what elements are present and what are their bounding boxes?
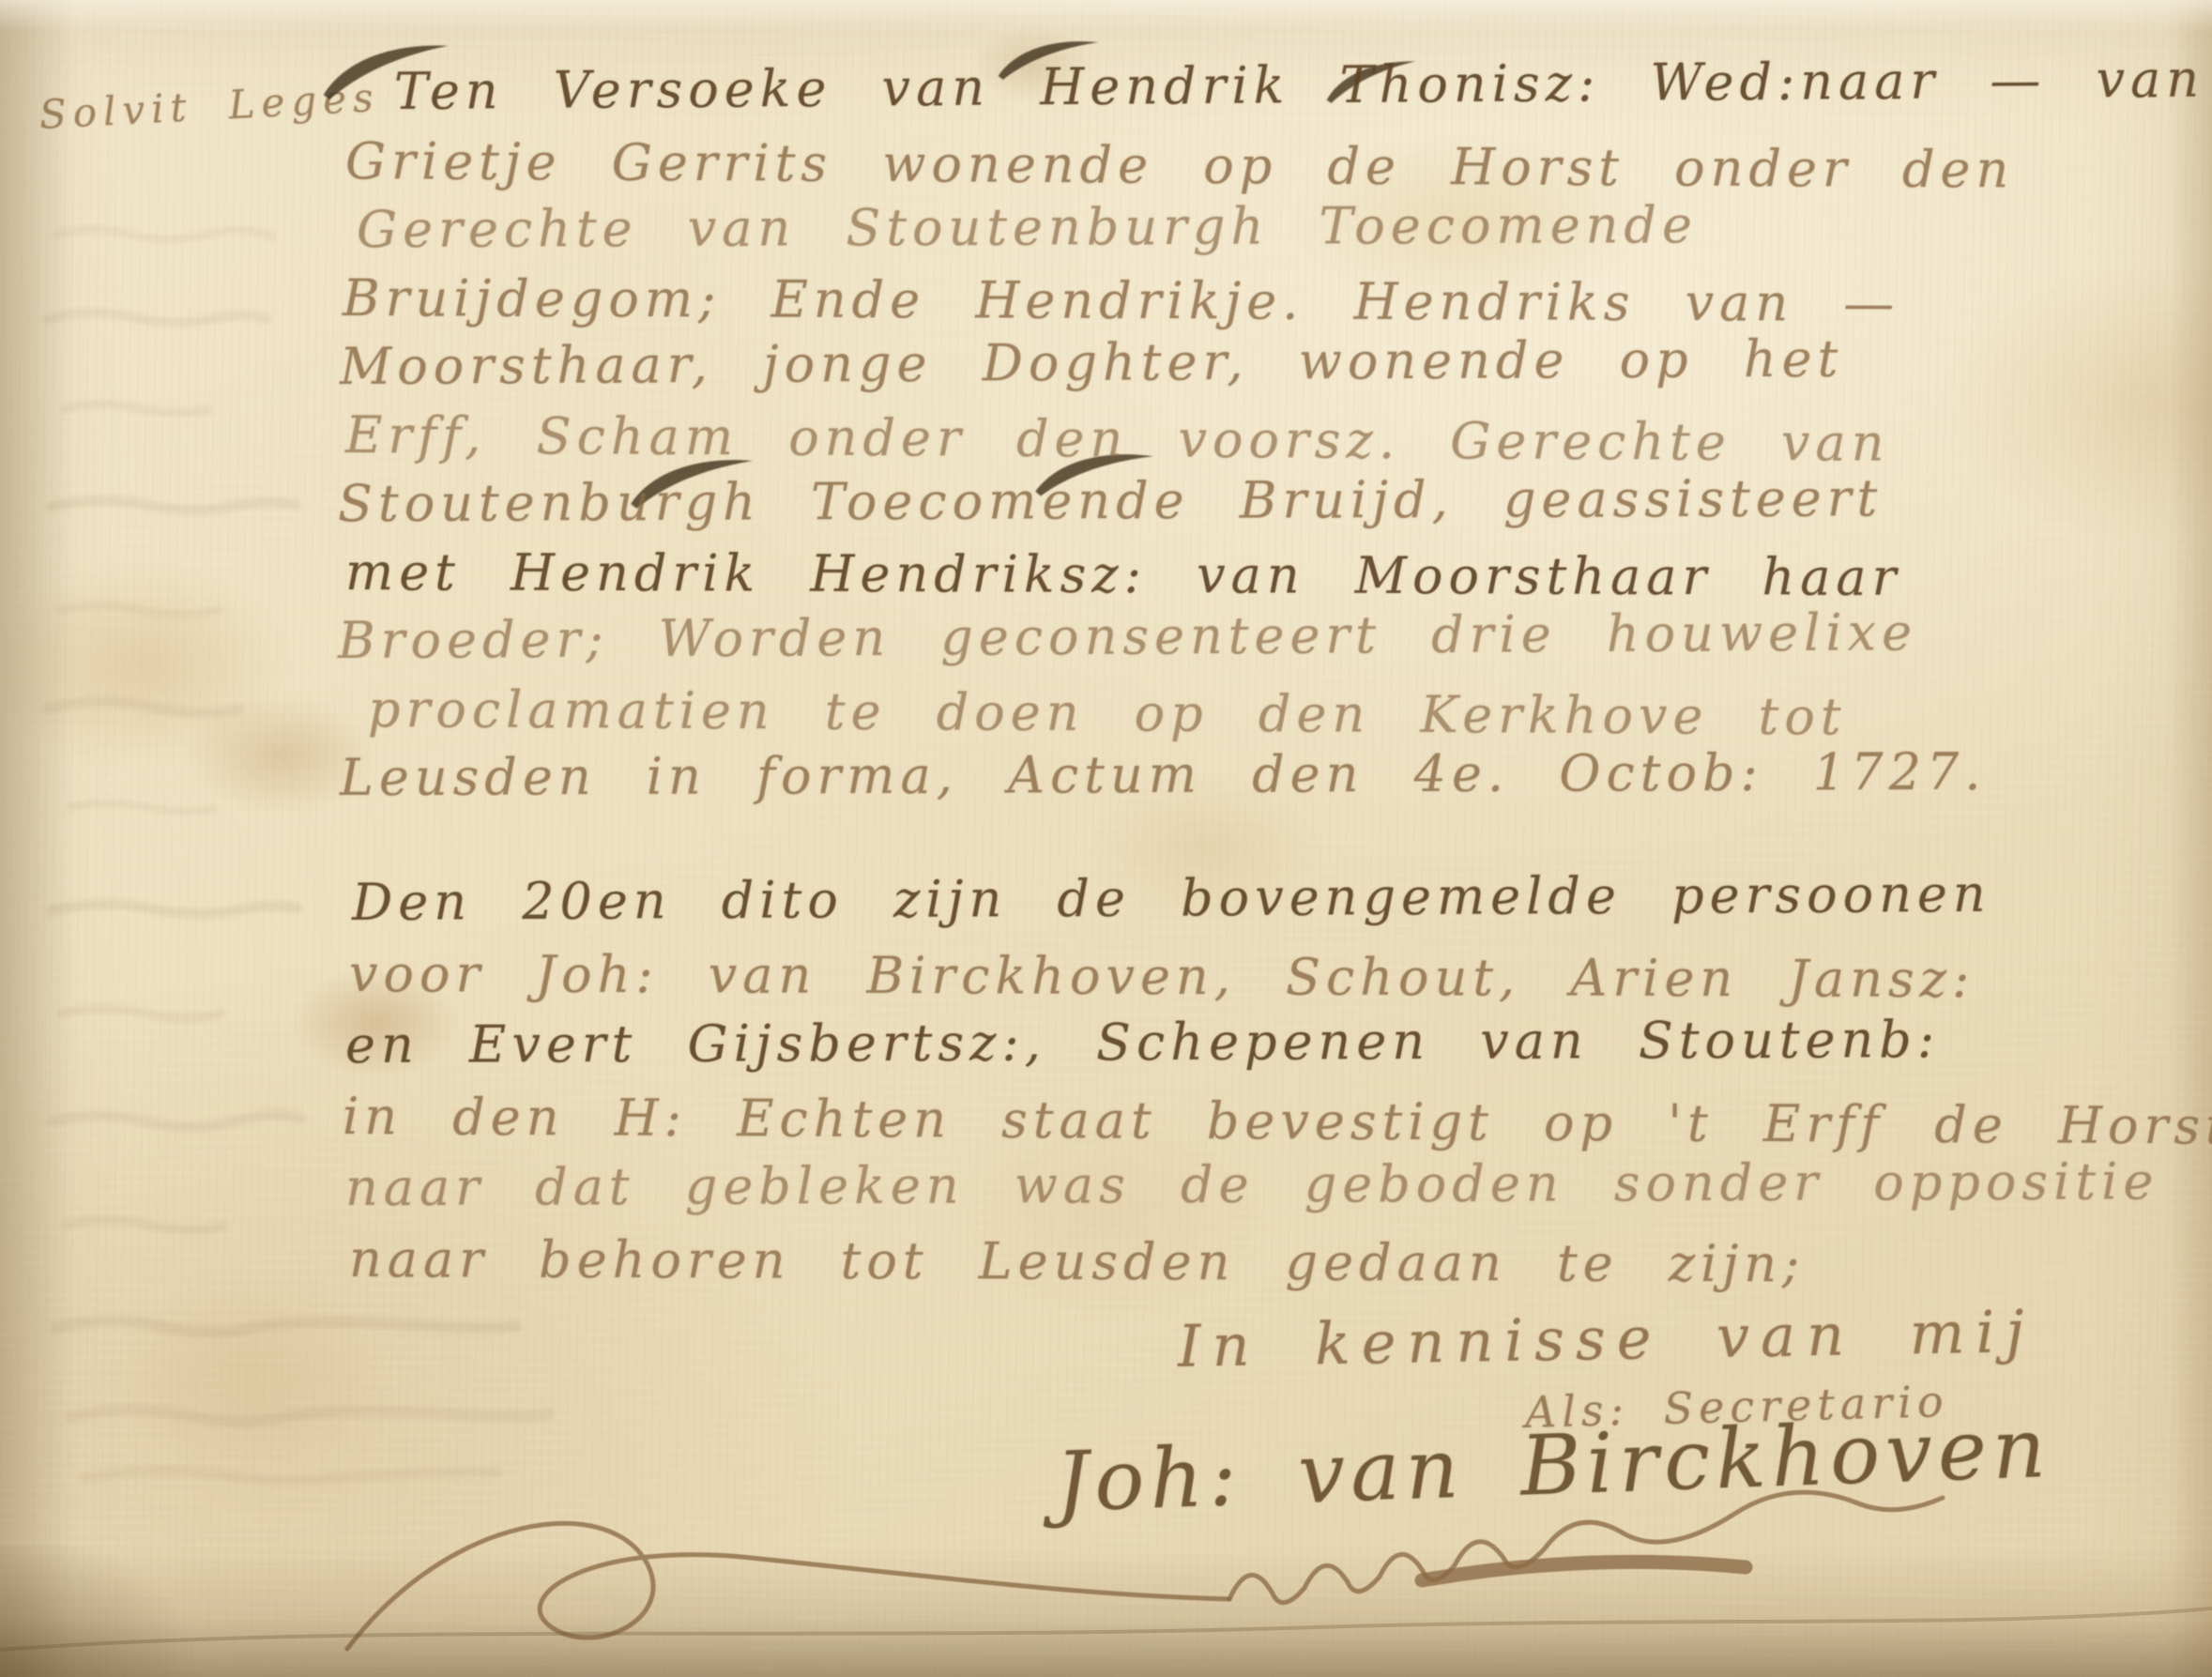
text-line: proclamatien te doen op den Kerkhove tot [368, 679, 1847, 746]
text-line: Moorsthaar, jonge Doghter, wonende op he… [340, 329, 1844, 396]
text-line: Ten Versoeke van Hendrik Thonisz: Wed:na… [394, 50, 2204, 121]
text-line: met Hendrik Hendriksz: van Moorsthaar ha… [345, 542, 1902, 607]
signature: Joh: van Birckhoven [1054, 1399, 2052, 1531]
text-line: Broeder; Worden geconsenteert drie houwe… [338, 602, 1917, 670]
text-line: Bruijdegom; Ende Hendrikje. Hendriks van… [343, 268, 1900, 333]
manuscript-page: Solvit Leges Ten Versoeke van Hendrik Th… [0, 0, 2212, 1677]
text-line: Grietje Gerrits wonende op de Horst onde… [345, 131, 2015, 199]
text-line: naar dat gebleken was de geboden sonder … [345, 1151, 2159, 1217]
page-edge-right [2169, 0, 2212, 1677]
page-edge-bottom [0, 1546, 2212, 1677]
page-edge-top [0, 0, 2212, 32]
binding-shadow-left [0, 0, 75, 1677]
text-line: in den H: Echten staat bevestigt op 't E… [343, 1087, 2212, 1156]
closing-attestation: In kennisse van mij [1177, 1297, 2036, 1380]
text-line: voor Joh: van Birckhoven, Schout, Arien … [349, 944, 1976, 1009]
text-line: Den 20en dito zijn de bovengemelde perso… [352, 864, 1991, 932]
text-line: Erff, Scham onder den voorsz. Gerechte v… [345, 405, 1890, 473]
text-line: Stoutenburgh Toecomende Bruijd, geassist… [338, 468, 1883, 533]
text-line: Gerechte van Stoutenburgh Toecomende [357, 195, 1698, 259]
margin-note: Solvit Leges [38, 74, 381, 138]
text-line: naar behoren tot Leusden gedaan te zijn; [349, 1229, 1805, 1293]
text-line: Leusden in forma, Actum den 4e. Octob: 1… [340, 742, 1987, 807]
text-line: en Evert Gijsbertsz:, Schepenen van Stou… [345, 1010, 1940, 1075]
